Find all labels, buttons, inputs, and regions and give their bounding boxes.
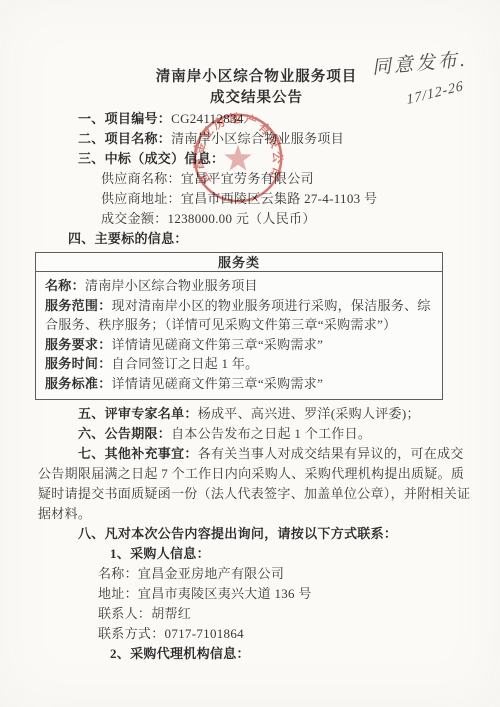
supplier-name-label: 供应商名称： <box>101 171 181 186</box>
purchaser-name-label: 名称： <box>98 566 138 581</box>
project-name-value: 清南岸小区综合物业服务项目 <box>171 131 344 146</box>
supplier-address-value: 宜昌市西陵区云集路 27-4-1103 号 <box>181 191 377 206</box>
section-subject-info: 四、主要标的信息： <box>38 229 475 249</box>
row-label: 服务范围： <box>45 298 112 313</box>
row-label: 名称： <box>45 278 85 293</box>
table-row: 服务要求：详情请见磋商文件第三章“采购需求” <box>45 335 434 355</box>
purchaser-contact-person: 联系人：胡帮红 <box>38 604 475 624</box>
supplier-name-value: 宜昌平宜劳务有限公司 <box>181 171 314 186</box>
notice-period-value: 自本公告发布之日起 1 个工作日。 <box>171 426 371 441</box>
field-review-experts: 五、评审专家名单：杨成平、高兴进、罗洋(采购人评委)； <box>38 404 475 424</box>
row-text: 自合同签订之日起 1 年。 <box>112 356 259 371</box>
project-number-label: 一、项目编号： <box>78 111 171 126</box>
supplier-address-label: 供应商地址： <box>101 191 181 206</box>
agency-heading: 2、采购代理机构信息： <box>38 644 475 664</box>
purchaser-contact-phone: 联系方式：0717-7101864 <box>38 624 475 644</box>
contact-phone-label: 联系方式： <box>98 626 165 641</box>
section-contact-intro: 八、凡对本次公告内容提出询问，请按以下方式联系： <box>38 524 475 544</box>
experts-value: 杨成平、高兴进、罗洋(采购人评委)； <box>198 406 420 421</box>
row-label: 服务标准： <box>45 376 112 391</box>
purchaser-address-label: 地址： <box>98 586 138 601</box>
experts-label: 五、评审专家名单： <box>78 406 198 421</box>
purchaser-address-value: 宜昌市夷陵区夷兴大道 136 号 <box>138 586 312 601</box>
field-award-amount: 成交金额：1238000.00 元（人民币） <box>38 209 475 229</box>
section-award-info: 三、中标（成交）信息： <box>38 149 475 169</box>
contact-person-value: 胡帮红 <box>151 606 191 621</box>
award-amount-label: 成交金额： <box>101 211 168 226</box>
scanned-document-page: 清南岸小区综合物业服务项目 成交结果公告 一、项目编号：CG24112834 二… <box>0 0 500 707</box>
purchaser-name: 名称：宜昌金亚房地产有限公司 <box>38 564 475 584</box>
field-project-number: 一、项目编号：CG24112834 <box>38 109 475 129</box>
row-text: 详情请见磋商文件第三章“采购需求” <box>112 376 324 391</box>
field-notice-period: 六、公告期限：自本公告发布之日起 1 个工作日。 <box>38 424 475 444</box>
subject-info-label: 四、主要标的信息： <box>68 231 188 246</box>
contact-intro-label: 八、凡对本次公告内容提出询问，请按以下方式联系： <box>78 526 397 541</box>
award-amount-value: 1238000.00 元（人民币） <box>168 211 316 226</box>
table-header-service-class: 服务类 <box>36 253 442 272</box>
row-label: 服务时间： <box>45 356 112 371</box>
table-row: 服务标准：详情请见磋商文件第三章“采购需求” <box>45 374 434 394</box>
row-text: 详情请见磋商文件第三章“采购需求” <box>112 337 324 352</box>
other-matters-label: 七、其他补充事宜： <box>78 446 198 461</box>
table-row: 服务时间：自合同签订之日起 1 年。 <box>45 354 434 374</box>
field-supplier-address: 供应商地址：宜昌市西陵区云集路 27-4-1103 号 <box>38 189 475 209</box>
row-text: 清南岸小区综合物业服务项目 <box>85 278 258 293</box>
table-body: 名称：清南岸小区综合物业服务项目 服务范围：现对清南岸小区的物业服务项进行采购，… <box>36 272 442 399</box>
purchaser-name-value: 宜昌金亚房地产有限公司 <box>138 566 284 581</box>
table-row: 服务范围：现对清南岸小区的物业服务项进行采购，保洁服务、综合服务、秩序服务；（详… <box>45 296 434 335</box>
contact-phone-value: 0717-7101864 <box>165 626 244 641</box>
award-info-label: 三、中标（成交）信息： <box>78 151 224 166</box>
agency-heading-label: 2、采购代理机构信息： <box>110 646 250 661</box>
purchaser-address: 地址：宜昌市夷陵区夷兴大道 136 号 <box>38 584 475 604</box>
project-number-value: CG24112834 <box>171 111 244 126</box>
purchaser-heading-label: 1、采购人信息： <box>110 546 210 561</box>
purchaser-heading: 1、采购人信息： <box>38 544 475 564</box>
field-supplier-name: 供应商名称：宜昌平宜劳务有限公司 <box>38 169 475 189</box>
notice-period-label: 六、公告期限： <box>78 426 171 441</box>
subject-info-table: 服务类 名称：清南岸小区综合物业服务项目 服务范围：现对清南岸小区的物业服务项进… <box>35 252 443 400</box>
project-name-label: 二、项目名称： <box>78 131 171 146</box>
table-row: 名称：清南岸小区综合物业服务项目 <box>45 276 434 296</box>
row-label: 服务要求： <box>45 337 112 352</box>
contact-person-label: 联系人： <box>98 606 151 621</box>
field-project-name: 二、项目名称：清南岸小区综合物业服务项目 <box>38 129 475 149</box>
field-other-matters: 七、其他补充事宜：各有关当事人对成交结果有异议的，可在成交公告期限届满之日起 7… <box>38 444 475 524</box>
